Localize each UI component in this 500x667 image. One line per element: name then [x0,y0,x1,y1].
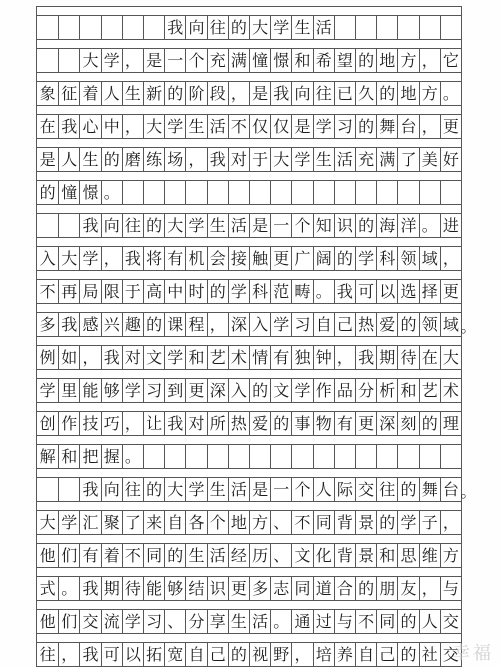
text-row: 式。我期待能够结识更多志同道合的朋友，与 [37,577,461,601]
grid-cell: 、 [270,544,291,567]
grid-cell: 学 [270,313,291,336]
grid-cell: 和 [291,49,312,72]
handwriting-char: 分 [188,610,204,633]
grid-cell: 的 [397,478,418,501]
grid-cell: 学 [270,16,291,39]
grid-cell [270,445,291,468]
handwriting-char: 够 [167,577,183,600]
handwriting-char: 海 [379,214,395,237]
text-row: 他们交流学习、分享生活。通过与不同的人交 [37,610,461,634]
handwriting-char: 和 [188,346,204,369]
grid-cell: 时 [185,280,206,303]
grid-cell: 于 [249,148,270,171]
handwriting-char: 学 [167,346,183,369]
grid-cell [122,181,143,204]
grid-cell: 向 [185,16,206,39]
grid-cell: 习 [143,610,164,633]
grid-cell: 的 [143,214,164,237]
grid-cell: 交 [440,610,461,633]
handwriting-char: 往 [40,643,56,666]
grid-gap [37,40,461,49]
grid-cell [143,16,164,39]
handwriting-char: 中 [167,280,183,303]
grid-cell: 阔 [313,247,334,270]
grid-cell [37,16,58,39]
grid-cell [355,16,376,39]
handwriting-char: 创 [40,412,56,435]
grid-cell: 的 [397,643,418,666]
grid-gap [37,238,461,247]
grid-cell: 活 [228,478,249,501]
handwriting-char: 让 [146,412,162,435]
grid-cell: 知 [313,214,334,237]
grid-gap [37,403,461,412]
handwriting-char: 分 [358,379,374,402]
grid-cell: 热 [355,313,376,336]
handwriting-char: 大 [82,49,98,72]
grid-cell: 社 [419,643,440,666]
grid-cell [397,16,418,39]
handwriting-char: 景 [358,511,374,534]
grid-cell: 生 [207,214,228,237]
grid-cell [101,16,122,39]
handwriting-char: 触 [252,247,268,270]
handwriting-char: 美 [422,148,438,171]
handwriting-char: 更 [443,280,459,303]
handwriting-char: 同 [294,577,310,600]
handwriting-char: 久 [358,82,374,105]
grid-cell: 的 [419,412,440,435]
text-row: 学里能够学习到更深入的文学作品分析和艺术 [37,379,461,403]
handwriting-char: 的 [167,544,183,567]
handwriting-char: 更 [443,115,459,138]
grid-cell: 深 [376,412,397,435]
grid-cell [419,16,440,39]
grid-cell [419,445,440,468]
grid-gap [37,106,461,115]
handwriting-char: 不 [125,544,141,567]
grid-cell: 方 [397,49,418,72]
handwriting-char: 向 [104,478,120,501]
handwriting-char: 了 [125,511,141,534]
handwriting-char: 知 [316,214,332,237]
handwriting-char: 如 [61,346,77,369]
handwriting-char: 的 [400,313,416,336]
grid-cell: 舞 [376,115,397,138]
handwriting-char: 磨 [125,148,141,171]
handwriting-char: 以 [125,643,141,666]
handwriting-char: ， [125,412,141,435]
grid-cell [249,445,270,468]
grid-cell [376,181,397,204]
grid-cell: 术 [440,379,461,402]
handwriting-char: 交 [443,643,459,666]
grid-cell: 憧 [249,49,270,72]
handwriting-char: 入 [252,313,268,336]
handwriting-char: 交 [358,478,374,501]
handwriting-char: 文 [146,346,162,369]
grid-cell: 域 [419,247,440,270]
handwriting-char: 阔 [316,247,332,270]
grid-cell: 道 [313,577,334,600]
handwriting-char: 他 [40,610,56,633]
grid-cell: 识 [207,577,228,600]
grid-cell: 方 [440,544,461,567]
handwriting-char: 学 [273,313,289,336]
grid-cell [58,478,79,501]
grid-cell: 同 [313,511,334,534]
grid-cell: 。 [270,610,291,633]
handwriting-char: ， [82,346,98,369]
handwriting-char: 于 [252,148,268,171]
grid-cell: 我 [334,280,355,303]
handwriting-char: 我 [82,214,98,237]
grid-cell: ， [291,643,312,666]
grid-cell: 学 [313,115,334,138]
grid-cell: 活 [228,214,249,237]
grid-cell: 术 [228,346,249,369]
grid-cell: 能 [143,577,164,600]
handwriting-char: 方 [443,544,459,567]
grid-cell [164,181,185,204]
grid-cell: 子 [419,511,440,534]
grid-gap [37,139,461,148]
grid-gap [37,7,461,16]
grid-cell: 有 [334,412,355,435]
grid-cell: 把 [79,445,100,468]
grid-cell: 更 [228,577,249,600]
grid-cell: 生 [122,82,143,105]
grid-cell: 学 [37,379,58,402]
handwriting-char: 的 [146,478,162,501]
handwriting-char: 待 [125,577,141,600]
handwriting-char: 习 [146,379,162,402]
handwriting-char: 有 [82,544,98,567]
grid-cell [313,445,334,468]
handwriting-char: 憬 [82,181,98,204]
grid-cell: 物 [313,412,334,435]
grid-cell [58,49,79,72]
handwriting-char: 我 [167,412,183,435]
handwriting-char: 个 [294,214,310,237]
text-row: 大学汇聚了来自各个地方、不同背景的学子， [37,511,461,535]
grid-cell: 的 [37,181,58,204]
grid-cell: 满 [228,49,249,72]
grid-cell [37,49,58,72]
grid-cell: ， [101,247,122,270]
grid-cell: 美 [419,148,440,171]
grid-cell: 己 [334,313,355,336]
grid-cell: 往 [122,214,143,237]
handwriting-char: 大 [443,346,459,369]
handwriting-char: 向 [104,214,120,237]
handwriting-char: 的 [167,82,183,105]
handwriting-char: 洋 [400,214,416,237]
handwriting-char: 习 [294,313,310,336]
handwriting-char: 是 [252,82,268,105]
grid-cell: 充 [355,148,376,171]
handwriting-char: 憧 [61,181,77,204]
grid-cell: 可 [355,280,376,303]
handwriting-char: 习 [337,115,353,138]
grid-cell: 视 [249,643,270,666]
grid-cell: ， [334,346,355,369]
handwriting-char: 会 [210,247,226,270]
handwriting-char: 一 [167,49,183,72]
grid-cell: 方 [249,511,270,534]
grid-cell: 入 [228,379,249,402]
grid-cell: 期 [101,577,122,600]
grid-cell: 如 [58,346,79,369]
handwriting-char: 大 [167,214,183,237]
grid-cell: 景 [355,511,376,534]
grid-gap [37,502,461,511]
handwriting-char: 憧 [252,49,268,72]
grid-cell: 的 [164,544,185,567]
handwriting-char: 一 [273,478,289,501]
handwriting-char: 。 [273,610,289,633]
grid-cell: 舞 [419,478,440,501]
grid-cell: 的 [376,511,397,534]
grid-cell: 析 [376,379,397,402]
handwriting-char: 舞 [379,115,395,138]
grid-cell [185,181,206,204]
handwriting-char: 化 [316,544,332,567]
grid-cell: 学 [185,478,206,501]
text-row: 例如，我对文学和艺术情有独钟，我期待在大 [37,346,461,370]
grid-cell: 享 [207,610,228,633]
grid-cell: 我 [79,577,100,600]
grid-cell: 活 [207,544,228,567]
handwriting-char: 的 [146,214,162,237]
grid-cell: 维 [419,544,440,567]
handwriting-char: 事 [294,412,310,435]
grid-cell: 聚 [101,511,122,534]
handwriting-char: 我 [167,16,183,39]
text-row: 他们有着不同的生活经历、文化背景和思维方 [37,544,461,568]
grid-cell [334,181,355,204]
handwriting-char: 解 [40,445,56,468]
handwriting-char: 物 [316,412,332,435]
grid-cell: 背 [334,544,355,567]
grid-cell [291,445,312,468]
handwriting-char: 学 [104,49,120,72]
handwriting-char: 的 [40,181,56,204]
handwriting-char: 多 [252,577,268,600]
grid-cell: 文 [143,346,164,369]
grid-cell: ， [440,511,461,534]
grid-gap [37,370,461,379]
grid-cell: 不 [291,511,312,534]
handwriting-char: 地 [231,511,247,534]
grid-cell: 的 [164,82,185,105]
grid-cell: 憧 [58,181,79,204]
overflow-punctuation: 。 [460,480,476,503]
handwriting-char: 我 [61,115,77,138]
grid-cell: 学 [291,379,312,402]
grid-cell: ， [122,115,143,138]
grid-cell: 景 [355,544,376,567]
handwriting-char: 的 [358,214,374,237]
handwriting-char: 大 [146,115,162,138]
handwriting-char: 交 [82,610,98,633]
handwriting-char: 个 [294,478,310,501]
handwriting-char: 入 [40,247,56,270]
grid-cell: 流 [101,610,122,633]
handwriting-char: 进 [443,214,459,237]
grid-cell: 是 [249,214,270,237]
grid-cell: 练 [143,148,164,171]
handwriting-char: 期 [379,346,395,369]
handwriting-char: 自 [188,643,204,666]
grid-cell: ， [228,82,249,105]
handwriting-char: 感 [82,313,98,336]
grid-cell: 和 [397,379,418,402]
grid-cell: 学 [164,115,185,138]
handwriting-char: 历 [252,544,268,567]
handwriting-char: 能 [146,577,162,600]
grid-cell: ， [122,49,143,72]
handwriting-char: 视 [252,643,268,666]
grid-cell: 学 [397,511,418,534]
grid-cell: 大 [249,16,270,39]
handwriting-char: 生 [210,214,226,237]
grid-cell: 钟 [313,346,334,369]
handwriting-char: 独 [294,346,310,369]
grid-cell [249,181,270,204]
grid-cell: 结 [185,577,206,600]
handwriting-char: 生 [82,148,98,171]
handwriting-char: 学 [188,478,204,501]
grid-cell: 生 [291,16,312,39]
grid-cell: 个 [291,214,312,237]
handwriting-char: 例 [40,346,56,369]
grid-cell: ， [419,49,440,72]
text-row: 在我心中，大学生活不仅仅是学习的舞台，更 [37,115,461,139]
grid-cell: 个 [207,511,228,534]
grid-cell: 学 [228,280,249,303]
handwriting-char: 己 [337,313,353,336]
grid-cell: 是 [143,49,164,72]
handwriting-char: 是 [252,478,268,501]
grid-cell: 学 [58,511,79,534]
grid-cell: 。 [440,82,461,105]
grid-cell: 文 [270,379,291,402]
handwriting-char: 培 [316,643,332,666]
handwriting-char: 的 [379,511,395,534]
handwriting-char: 它 [443,49,459,72]
grid-gap [37,172,461,181]
handwriting-char: 段 [210,82,226,105]
handwriting-char: 品 [337,379,353,402]
handwriting-char: 的 [379,82,395,105]
handwriting-char: 在 [40,115,56,138]
grid-cell: 交 [440,643,461,666]
grid-cell: 与 [334,610,355,633]
handwriting-char: 拓 [146,643,162,666]
grid-cell: 深 [228,313,249,336]
grid-cell: 我 [207,148,228,171]
grid-cell: 的 [101,148,122,171]
handwriting-char: 广 [294,247,310,270]
handwriting-char: 不 [231,115,247,138]
grid-cell: 向 [291,82,312,105]
grid-cell: 不 [37,280,58,303]
handwriting-char: 我 [358,346,374,369]
handwriting-char: 我 [82,478,98,501]
grid-cell: 不 [355,610,376,633]
handwriting-char: 们 [61,544,77,567]
handwriting-char: 在 [422,346,438,369]
grid-cell: 背 [334,511,355,534]
handwriting-char: 过 [316,610,332,633]
handwriting-char: 将 [146,247,162,270]
grid-cell: 再 [58,280,79,303]
grid-gap [37,73,461,82]
grid-gap [37,304,461,313]
page: 我向往的大学生活大学，是一个充满憧憬和希望的地方，它象征着人生新的阶段，是我向往… [0,0,500,667]
text-row: 创作技巧，让我对所热爱的事物有更深刻的理 [37,412,461,436]
grid-gap [37,601,461,610]
grid-cell [79,16,100,39]
grid-cell: 巧 [101,412,122,435]
handwriting-char: 作 [316,379,332,402]
handwriting-char: ， [294,643,310,666]
handwriting-char: 大 [40,511,56,534]
grid-cell: 习 [334,115,355,138]
grid-cell: 大 [270,148,291,171]
grid-cell: 生 [79,148,100,171]
grid-cell: 自 [313,313,334,336]
grid-cell: 我 [58,313,79,336]
grid-cell: 段 [207,82,228,105]
grid-cell: 有 [164,247,185,270]
grid-gap [37,436,461,445]
handwriting-char: 交 [443,610,459,633]
handwriting-char: 宽 [167,643,183,666]
grid-cell: 爱 [249,412,270,435]
handwriting-char: 大 [61,247,77,270]
grid-cell: 拓 [143,643,164,666]
handwriting-char: 背 [337,544,353,567]
composition-sheet: 我向往的大学生活大学，是一个充满憧憬和希望的地方，它象征着人生新的阶段，是我向往… [36,6,462,667]
grid-cell: 进 [440,214,461,237]
grid-gap [37,568,461,577]
handwriting-char: 地 [400,82,416,105]
grid-cell: 地 [228,511,249,534]
grid-cell: 我 [79,214,100,237]
handwriting-char: 了 [400,148,416,171]
grid-cell: 我 [164,412,185,435]
handwriting-char: 象 [40,82,56,105]
grid-cell: 了 [122,511,143,534]
grid-cell: 过 [313,610,334,633]
handwriting-char: 心 [82,115,98,138]
grid-cell: 局 [79,280,100,303]
grid-cell: 好 [440,148,461,171]
grid-cell: 同 [291,577,312,600]
grid-cell: 感 [79,313,100,336]
handwriting-char: 阶 [188,82,204,105]
grid-cell: 多 [37,313,58,336]
handwriting-char: 学 [40,379,56,402]
grid-cell: 我 [58,115,79,138]
grid-cell: 我 [79,478,100,501]
grid-cell: 个 [185,49,206,72]
handwriting-char: 文 [273,379,289,402]
grid-cell: 的 [270,412,291,435]
grid-cell: 友 [397,577,418,600]
